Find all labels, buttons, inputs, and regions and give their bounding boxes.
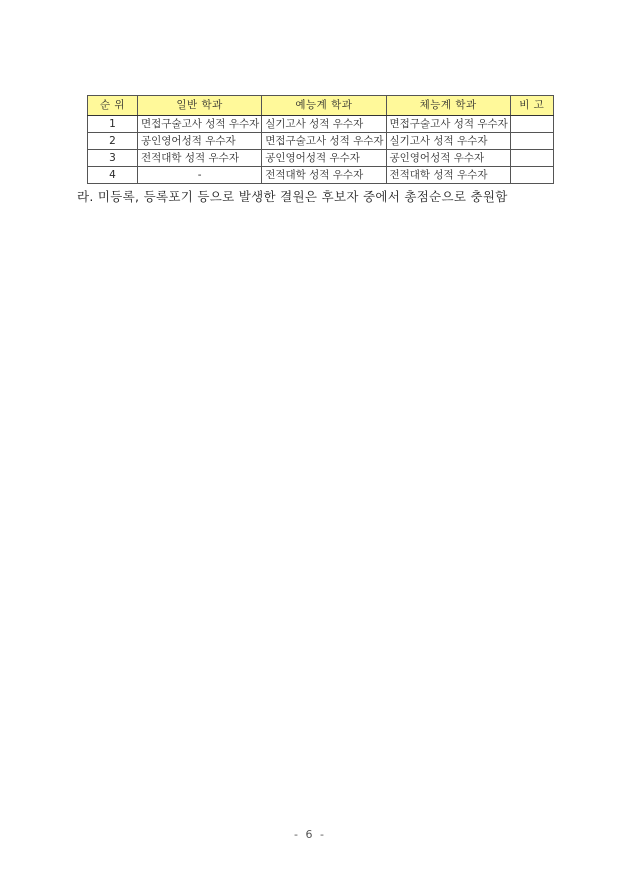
table-row: 3 전적대학 성적 우수자 공인영어성적 우수자 공인영어성적 우수자 — [88, 150, 554, 167]
cell-remarks — [510, 133, 553, 150]
cell-general: 전적대학 성적 우수자 — [138, 150, 262, 167]
cell-remarks — [510, 150, 553, 167]
table-header-row: 순 위 일반 학과 예능계 학과 체능계 학과 비 고 — [88, 96, 554, 116]
cell-general: 면접구술고사 성적 우수자 — [138, 116, 262, 133]
header-arts-dept: 예능계 학과 — [262, 96, 386, 116]
cell-remarks — [510, 167, 553, 184]
cell-physical: 공인영어성적 우수자 — [386, 150, 510, 167]
table-row: 4 - 전적대학 성적 우수자 전적대학 성적 우수자 — [88, 167, 554, 184]
header-physical-dept: 체능계 학과 — [386, 96, 510, 116]
cell-rank: 3 — [88, 150, 138, 167]
cell-physical: 실기고사 성적 우수자 — [386, 133, 510, 150]
table-row: 1 면접구술고사 성적 우수자 실기고사 성적 우수자 면접구술고사 성적 우수… — [88, 116, 554, 133]
document-page: 순 위 일반 학과 예능계 학과 체능계 학과 비 고 1 면접구술고사 성적 … — [0, 0, 620, 877]
cell-rank: 4 — [88, 167, 138, 184]
vacancy-fill-note: 라. 미등록, 등록포기 등으로 발생한 결원은 후보자 중에서 총점순으로 충… — [77, 187, 508, 205]
cell-arts: 실기고사 성적 우수자 — [262, 116, 386, 133]
cell-rank: 2 — [88, 133, 138, 150]
cell-general: - — [138, 167, 262, 184]
cell-physical: 면접구술고사 성적 우수자 — [386, 116, 510, 133]
cell-general: 공인영어성적 우수자 — [138, 133, 262, 150]
cell-arts: 면접구술고사 성적 우수자 — [262, 133, 386, 150]
header-remarks: 비 고 — [510, 96, 553, 116]
cell-remarks — [510, 116, 553, 133]
cell-arts: 공인영어성적 우수자 — [262, 150, 386, 167]
header-general-dept: 일반 학과 — [138, 96, 262, 116]
tiebreak-priority-table: 순 위 일반 학과 예능계 학과 체능계 학과 비 고 1 면접구술고사 성적 … — [87, 95, 554, 184]
table-row: 2 공인영어성적 우수자 면접구술고사 성적 우수자 실기고사 성적 우수자 — [88, 133, 554, 150]
cell-arts: 전적대학 성적 우수자 — [262, 167, 386, 184]
page-number: - 6 - — [0, 828, 620, 841]
header-rank: 순 위 — [88, 96, 138, 116]
cell-rank: 1 — [88, 116, 138, 133]
cell-physical: 전적대학 성적 우수자 — [386, 167, 510, 184]
